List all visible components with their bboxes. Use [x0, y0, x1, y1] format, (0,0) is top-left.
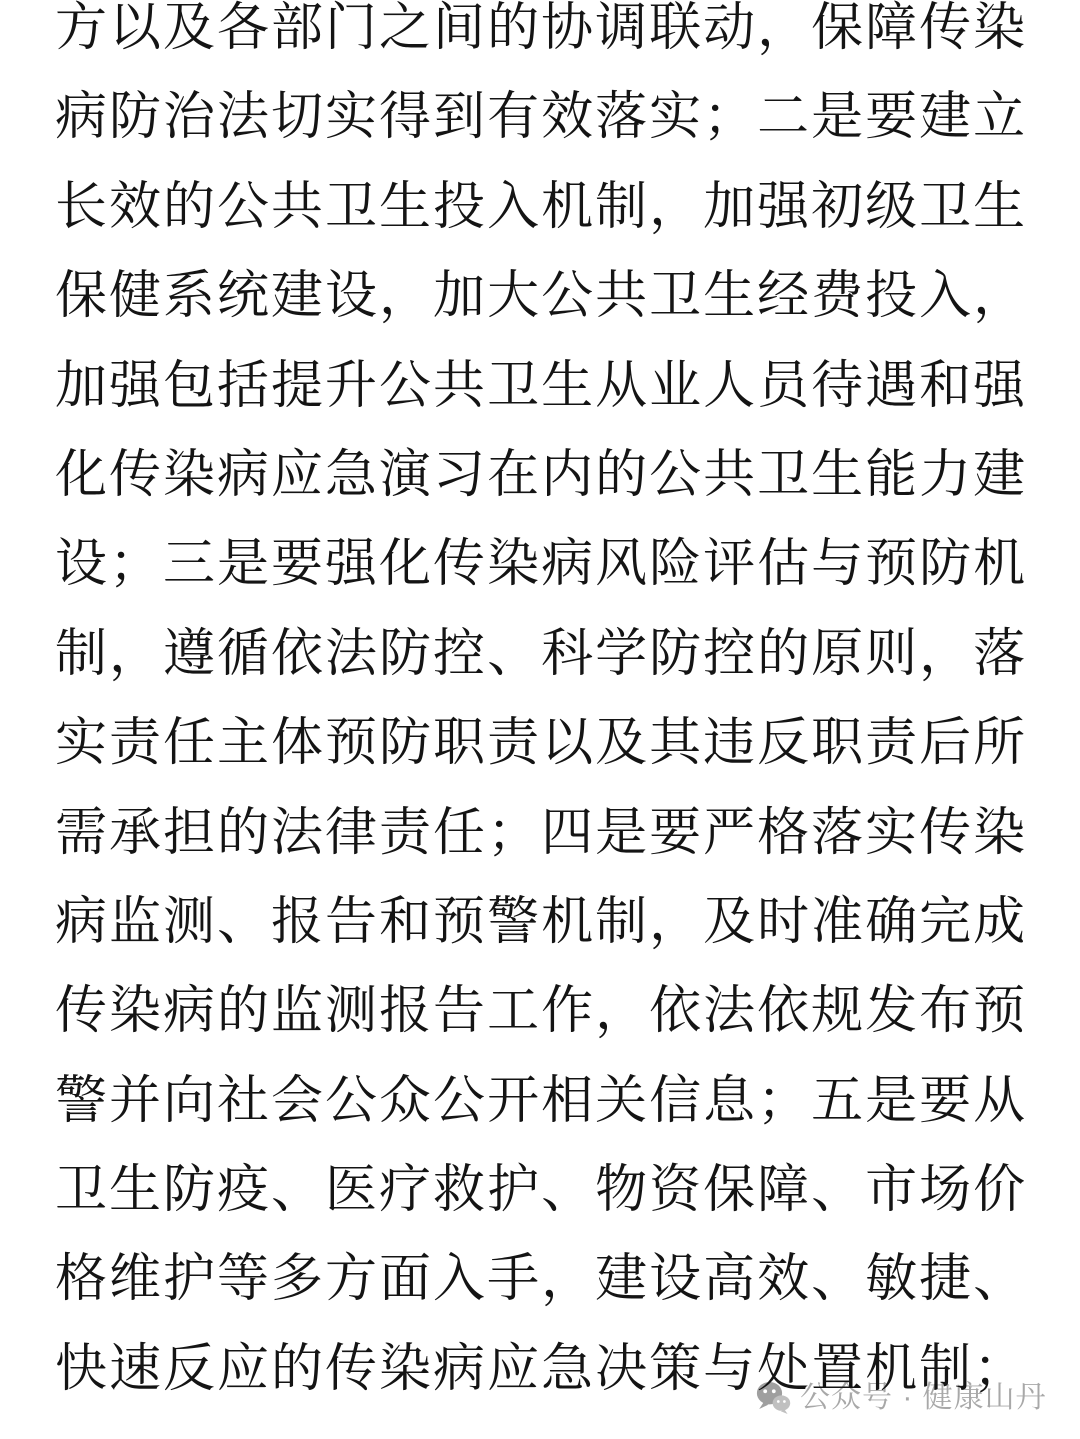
article-line: 警并向社会公众公开相关信息；五是要从 — [55, 1057, 1027, 1146]
article-line: 格维护等多方面入手，建设高效、敏捷、 — [55, 1235, 1027, 1324]
article-body: 方以及各部门之间的协调联动，保障传染 病防治法切实得到有效落实；二是要建立 长效… — [55, 0, 1027, 1414]
article-line: 保健系统建设，加大公共卫生经费投入， — [55, 252, 1027, 341]
article-line: 病防治法切实得到有效落实；二是要建立 — [55, 73, 1027, 162]
article-line: 传染病的监测报告工作，依法依规发布预 — [55, 967, 1027, 1056]
article-line: 长效的公共卫生投入机制，加强初级卫生 — [55, 163, 1027, 252]
article-line: 卫生防疫、医疗救护、物资保障、市场价 — [55, 1146, 1027, 1235]
article-line: 化传染病应急演习在内的公共卫生能力建 — [55, 431, 1027, 520]
article-line: 制，遵循依法防控、科学防控的原则，落 — [55, 610, 1027, 699]
article-line: 快速反应的传染病应急决策与处置机制； — [55, 1325, 1027, 1414]
article-line: 需承担的法律责任；四是要严格落实传染 — [55, 789, 1027, 878]
article-line: 加强包括提升公共卫生从业人员待遇和强 — [55, 342, 1027, 431]
article-line: 病监测、报告和预警机制，及时准确完成 — [55, 878, 1027, 967]
article-line: 设；三是要强化传染病风险评估与预防机 — [55, 520, 1027, 609]
article-line: 实责任主体预防职责以及其违反职责后所 — [55, 699, 1027, 788]
article-line: 方以及各部门之间的协调联动，保障传染 — [55, 0, 1027, 73]
